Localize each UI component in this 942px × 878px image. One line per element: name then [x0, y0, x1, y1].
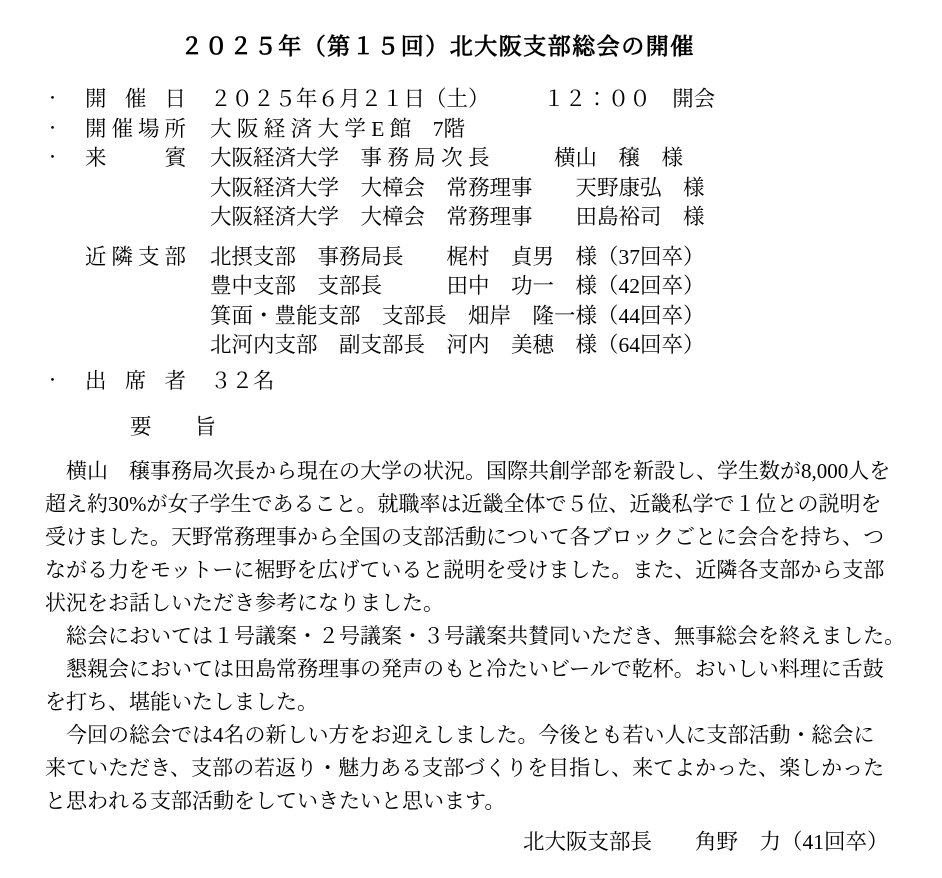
- info-label-date: 開催日: [85, 85, 186, 115]
- summary-paragraph: 懇親会においては田島常務理事の発声のもと冷たいビールで乾杯。おいしい料理に舌鼓 …: [45, 653, 920, 719]
- summary-heading: 要 旨: [130, 410, 920, 441]
- info-content-attendees: ３２名: [210, 367, 920, 397]
- signature-line: 北大阪支部長 角野 力（41回卒）: [523, 826, 920, 859]
- info-label-neighbor-branches: 近隣支部: [85, 243, 186, 273]
- bullet-marker: ・: [45, 144, 85, 174]
- info-row-neighbor-branches: 近隣支部 北摂支部 事務局長 梶村 貞男 様（37回卒） 豊中支部 支部長 田中…: [45, 243, 920, 361]
- info-content-neighbor-branches: 北摂支部 事務局長 梶村 貞男 様（37回卒） 豊中支部 支部長 田中 功一 様…: [210, 243, 920, 361]
- info-content-venue: 大 阪 経 済 大 学 E 館 7階: [210, 115, 920, 145]
- summary-paragraph: 総会においては１号議案・２号議案・３号議案共賛同いただき、無事総会を終えました。: [45, 620, 920, 653]
- neighbor-branch-line: 北摂支部 事務局長 梶村 貞男 様（37回卒）: [210, 243, 920, 273]
- neighbor-branch-line: 箕面・豊能支部 支部長 畑岸 隆一様（44回卒）: [210, 302, 920, 332]
- summary-paragraph: 今回の総会では4名の新しい方をお迎えしました。今後とも若い人に支部活動・総会に …: [45, 719, 920, 818]
- neighbor-branch-line: 豊中支部 支部長 田中 功一 様（42回卒）: [210, 272, 920, 302]
- info-row-date: ・ 開催日 ２０２５年６月２１日（土） １２：００ 開会: [45, 85, 920, 115]
- info-label-guests: 来賓: [85, 144, 186, 174]
- info-row-venue: ・ 開催場所 大 阪 経 済 大 学 E 館 7階: [45, 115, 920, 145]
- guest-line: 大阪経済大学 事 務 局 次 長 横山 穣 様: [210, 144, 920, 174]
- guest-line: 大阪経済大学 大樟会 常務理事 天野康弘 様: [210, 174, 920, 204]
- info-label-venue: 開催場所: [85, 115, 186, 145]
- info-line: ３２名: [210, 367, 920, 397]
- guest-line: 大阪経済大学 大樟会 常務理事 田島裕司 様: [210, 203, 920, 233]
- document-page: ２０２５年（第１５回）北大阪支部総会の開催 ・ 開催日 ２０２５年６月２１日（土…: [0, 0, 942, 878]
- neighbor-branch-line: 北河内支部 副支部長 河内 美穂 様（64回卒）: [210, 331, 920, 361]
- bullet-marker: ・: [45, 115, 85, 145]
- document-title: ２０２５年（第１５回）北大阪支部総会の開催: [45, 28, 920, 61]
- meeting-info-section: ・ 開催日 ２０２５年６月２１日（土） １２：００ 開会 ・ 開催場所 大 阪 …: [45, 85, 920, 396]
- info-line: 大 阪 経 済 大 学 E 館 7階: [210, 115, 920, 145]
- info-label-attendees: 出席者: [85, 367, 186, 397]
- info-line: ２０２５年６月２１日（土） １２：００ 開会: [210, 85, 920, 115]
- info-content-guests: 大阪経済大学 事 務 局 次 長 横山 穣 様 大阪経済大学 大樟会 常務理事 …: [210, 144, 920, 233]
- summary-body: 横山 穣事務局次長から現在の大学の状況。国際共創学部を新設し、学生数が8,000…: [45, 455, 920, 818]
- info-row-attendees: ・ 出席者 ３２名: [45, 367, 920, 397]
- info-row-guests: ・ 来賓 大阪経済大学 事 務 局 次 長 横山 穣 様 大阪経済大学 大樟会 …: [45, 144, 920, 233]
- info-content-date: ２０２５年６月２１日（土） １２：００ 開会: [210, 85, 920, 115]
- bullet-marker: ・: [45, 367, 85, 397]
- bullet-marker: ・: [45, 85, 85, 115]
- summary-paragraph: 横山 穣事務局次長から現在の大学の状況。国際共創学部を新設し、学生数が8,000…: [45, 455, 920, 620]
